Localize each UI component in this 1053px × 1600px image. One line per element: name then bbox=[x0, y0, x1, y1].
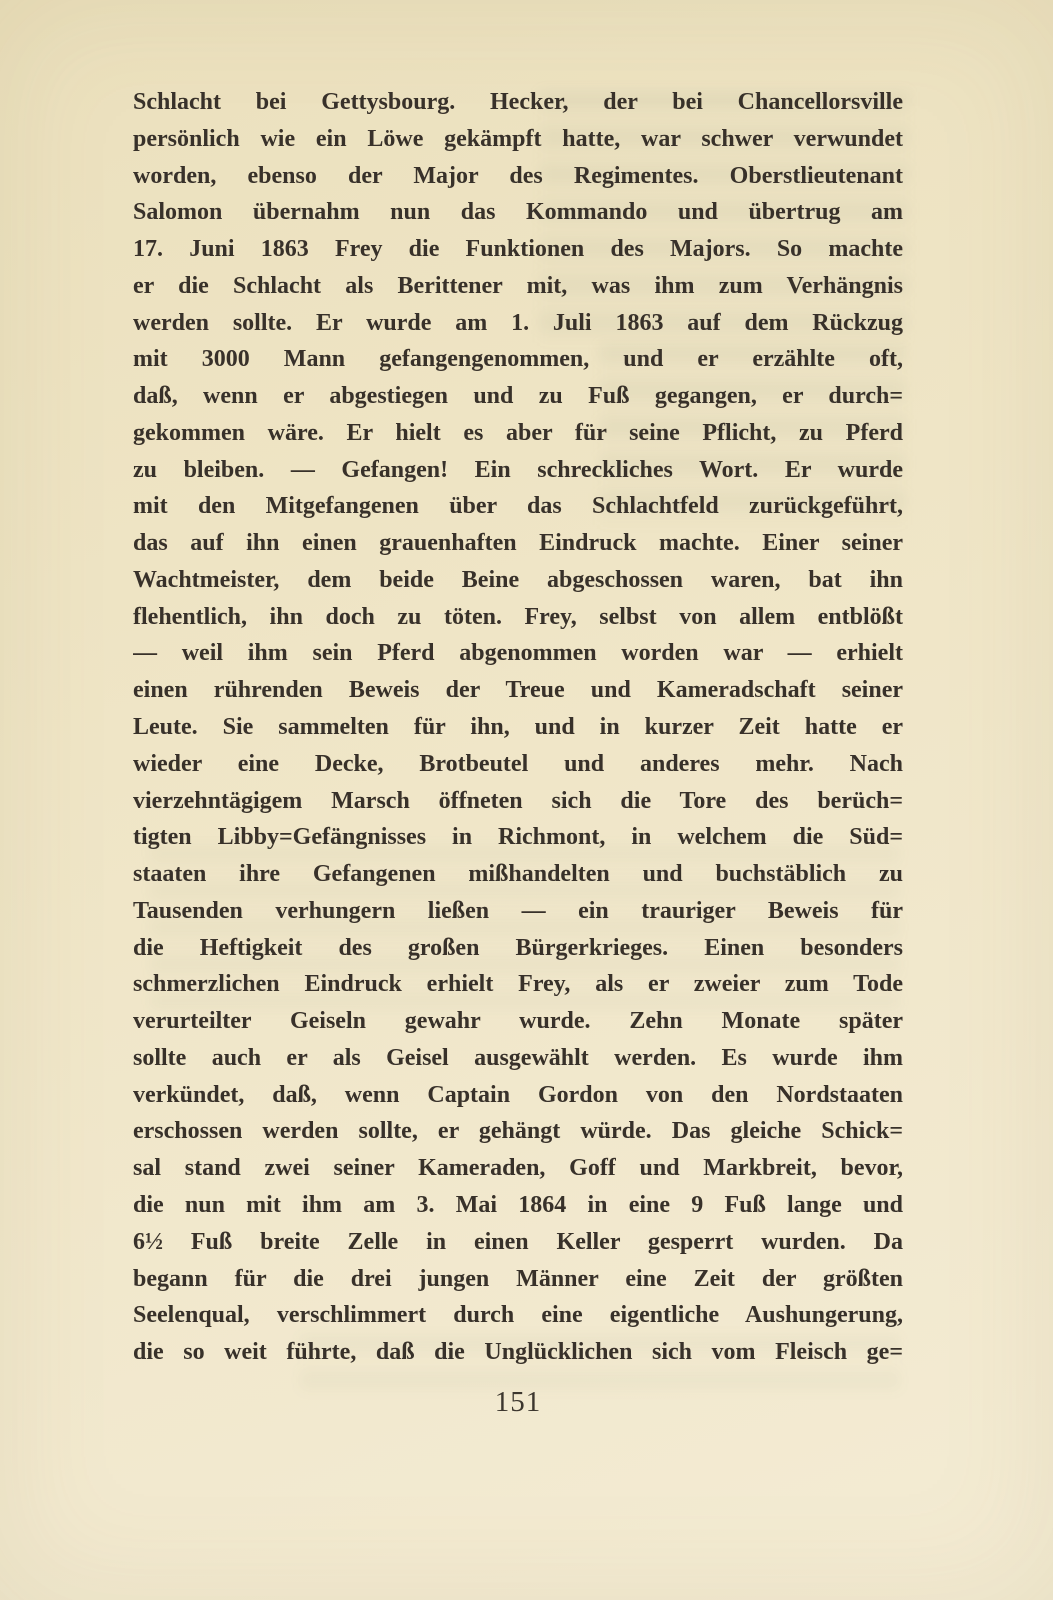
text-line: zu bleiben. — Gefangen! Ein schreckliche… bbox=[133, 452, 903, 489]
text-line: sal stand zwei seiner Kameraden, Goff un… bbox=[133, 1150, 903, 1187]
text-line: flehentlich, ihn doch zu töten. Frey, se… bbox=[133, 599, 903, 636]
text-line: werden sollte. Er wurde am 1. Juli 1863 … bbox=[133, 305, 903, 342]
text-line: tigten Libby=Gefängnisses in Richmont, i… bbox=[133, 819, 903, 856]
text-line: die nun mit ihm am 3. Mai 1864 in eine 9… bbox=[133, 1187, 903, 1224]
text-line: vierzehntägigem Marsch öffneten sich die… bbox=[133, 783, 903, 820]
text-line: verkündet, daß, wenn Captain Gordon von … bbox=[133, 1077, 903, 1114]
text-line: Schlacht bei Gettysbourg. Hecker, der be… bbox=[133, 84, 903, 121]
text-line: die Heftigkeit des großen Bürgerkrieges.… bbox=[133, 930, 903, 967]
page-number: 151 bbox=[133, 1386, 903, 1419]
text-line: staaten ihre Gefangenen mißhandelten und… bbox=[133, 856, 903, 893]
text-line: Leute. Sie sammelten für ihn, und in kur… bbox=[133, 709, 903, 746]
text-line: das auf ihn einen grauenhaften Eindruck … bbox=[133, 525, 903, 562]
text-line: persönlich wie ein Löwe gekämpft hatte, … bbox=[133, 121, 903, 158]
text-line: schmerzlichen Eindruck erhielt Frey, als… bbox=[133, 966, 903, 1003]
body-text: Schlacht bei Gettysbourg. Hecker, der be… bbox=[133, 84, 903, 1371]
text-line: mit 3000 Mann gefangengenommen, und er e… bbox=[133, 341, 903, 378]
text-line: worden, ebenso der Major des Regimentes.… bbox=[133, 158, 903, 195]
text-line: mit den Mitgefangenen über das Schlachtf… bbox=[133, 488, 903, 525]
text-line: sollte auch er als Geisel ausgewählt wer… bbox=[133, 1040, 903, 1077]
text-line: daß, wenn er abgestiegen und zu Fuß gega… bbox=[133, 378, 903, 415]
text-line: die so weit führte, daß die Unglückliche… bbox=[133, 1334, 903, 1371]
text-line: gekommen wäre. Er hielt es aber für sein… bbox=[133, 415, 903, 452]
text-line: Seelenqual, verschlimmert durch eine eig… bbox=[133, 1297, 903, 1334]
text-line: begann für die drei jungen Männer eine Z… bbox=[133, 1261, 903, 1298]
text-line: erschossen werden sollte, er gehängt wür… bbox=[133, 1113, 903, 1150]
text-line: Wachtmeister, dem beide Beine abgeschoss… bbox=[133, 562, 903, 599]
text-line: Tausenden verhungern ließen — ein trauri… bbox=[133, 893, 903, 930]
text-line: wieder eine Decke, Brotbeutel und andere… bbox=[133, 746, 903, 783]
text-line: einen rührenden Beweis der Treue und Kam… bbox=[133, 672, 903, 709]
text-line: — weil ihm sein Pferd abgenommen worden … bbox=[133, 635, 903, 672]
text-line: Salomon übernahm nun das Kommando und üb… bbox=[133, 194, 903, 231]
text-line: verurteilter Geiseln gewahr wurde. Zehn … bbox=[133, 1003, 903, 1040]
book-page: Schlacht bei Gettysbourg. Hecker, der be… bbox=[0, 0, 1053, 1600]
text-line: er die Schlacht als Berittener mit, was … bbox=[133, 268, 903, 305]
text-line: 6½ Fuß breite Zelle in einen Keller gesp… bbox=[133, 1224, 903, 1261]
text-line: 17. Juni 1863 Frey die Funktionen des Ma… bbox=[133, 231, 903, 268]
